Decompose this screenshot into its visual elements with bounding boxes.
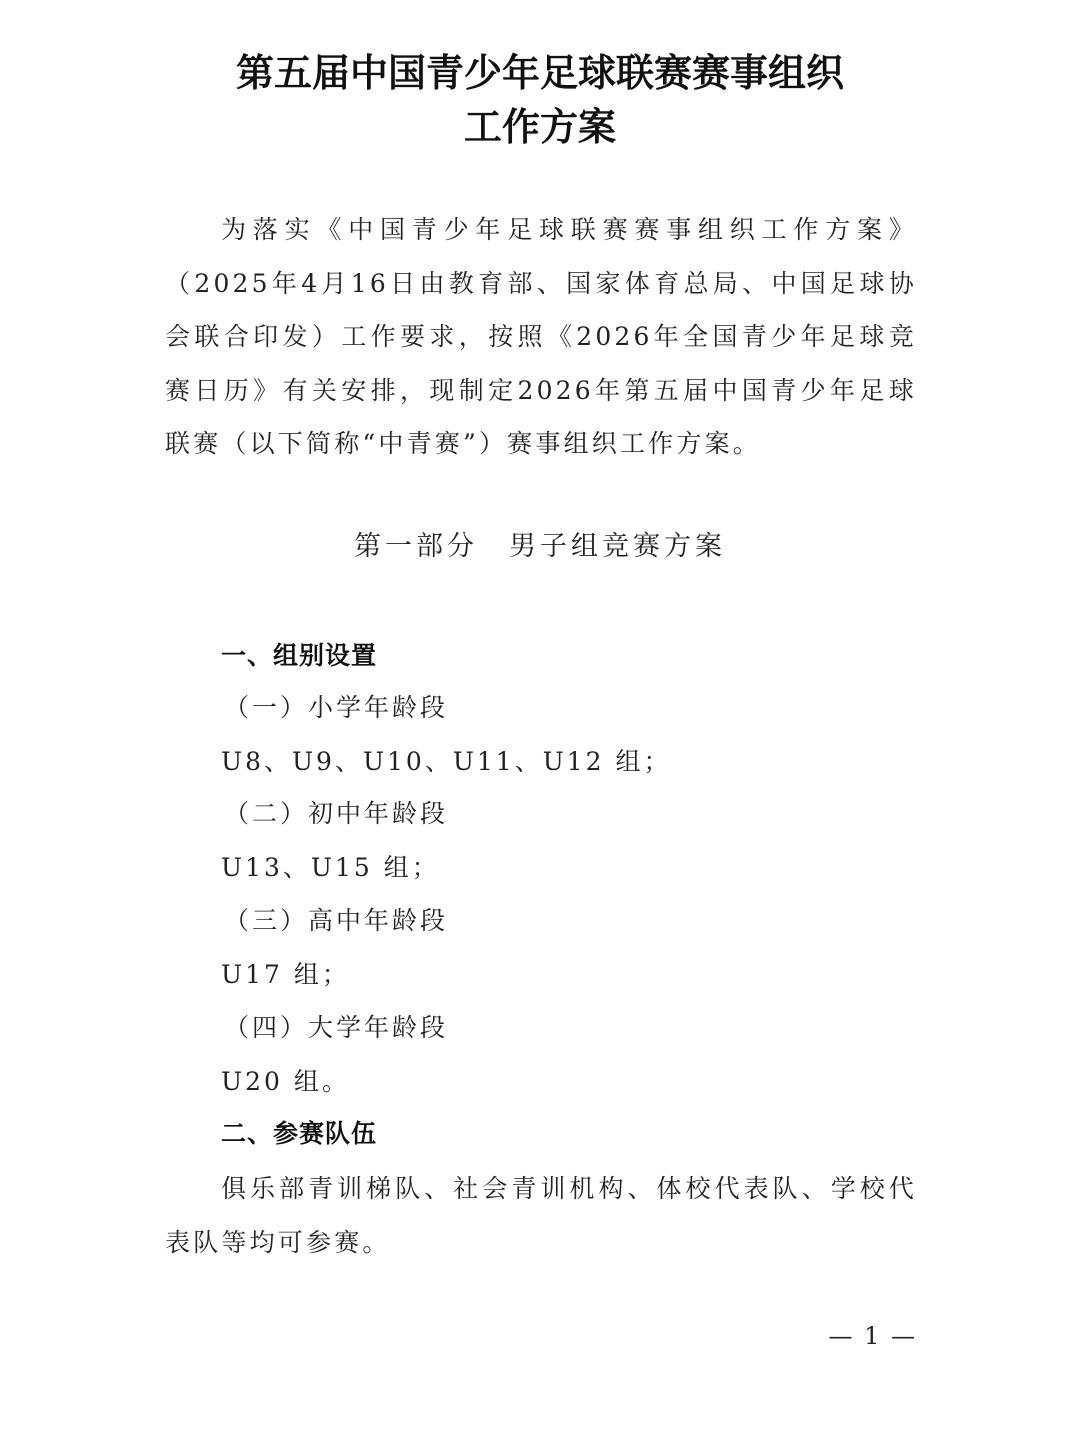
group-label-university: （四）大学年龄段: [224, 1008, 448, 1044]
document-title-line-1: 第五届中国青少年足球联赛赛事组织: [0, 42, 1080, 97]
group-value-junior-high: U13、U15 组；: [221, 848, 440, 884]
intro-paragraph: 为落实《中国青少年足球联赛赛事组织工作方案》（2025年4月16日由教育部、国家…: [165, 203, 917, 471]
section-heading-participating-teams: 二、参赛队伍: [221, 1114, 377, 1150]
part-title: 第一部分 男子组竞赛方案: [0, 524, 1080, 563]
group-label-junior-high: （二）初中年龄段: [224, 794, 448, 830]
group-value-primary: U8、U9、U10、U11、U12 组；: [221, 742, 672, 778]
group-label-primary: （一）小学年龄段: [224, 688, 448, 724]
document-title-line-2: 工作方案: [0, 96, 1080, 151]
participating-teams-paragraph: 俱乐部青训梯队、社会青训机构、体校代表队、学校代表队等均可参赛。: [165, 1162, 917, 1269]
group-value-senior-high: U17 组；: [221, 955, 350, 991]
document-page: 第五届中国青少年足球联赛赛事组织 工作方案 为落实《中国青少年足球联赛赛事组织工…: [0, 0, 1080, 1430]
group-label-senior-high: （三）高中年龄段: [224, 901, 448, 937]
page-number: — 1 —: [828, 1322, 917, 1350]
section-heading-group-setup: 一、组别设置: [221, 636, 377, 672]
group-value-university: U20 组。: [221, 1062, 350, 1098]
